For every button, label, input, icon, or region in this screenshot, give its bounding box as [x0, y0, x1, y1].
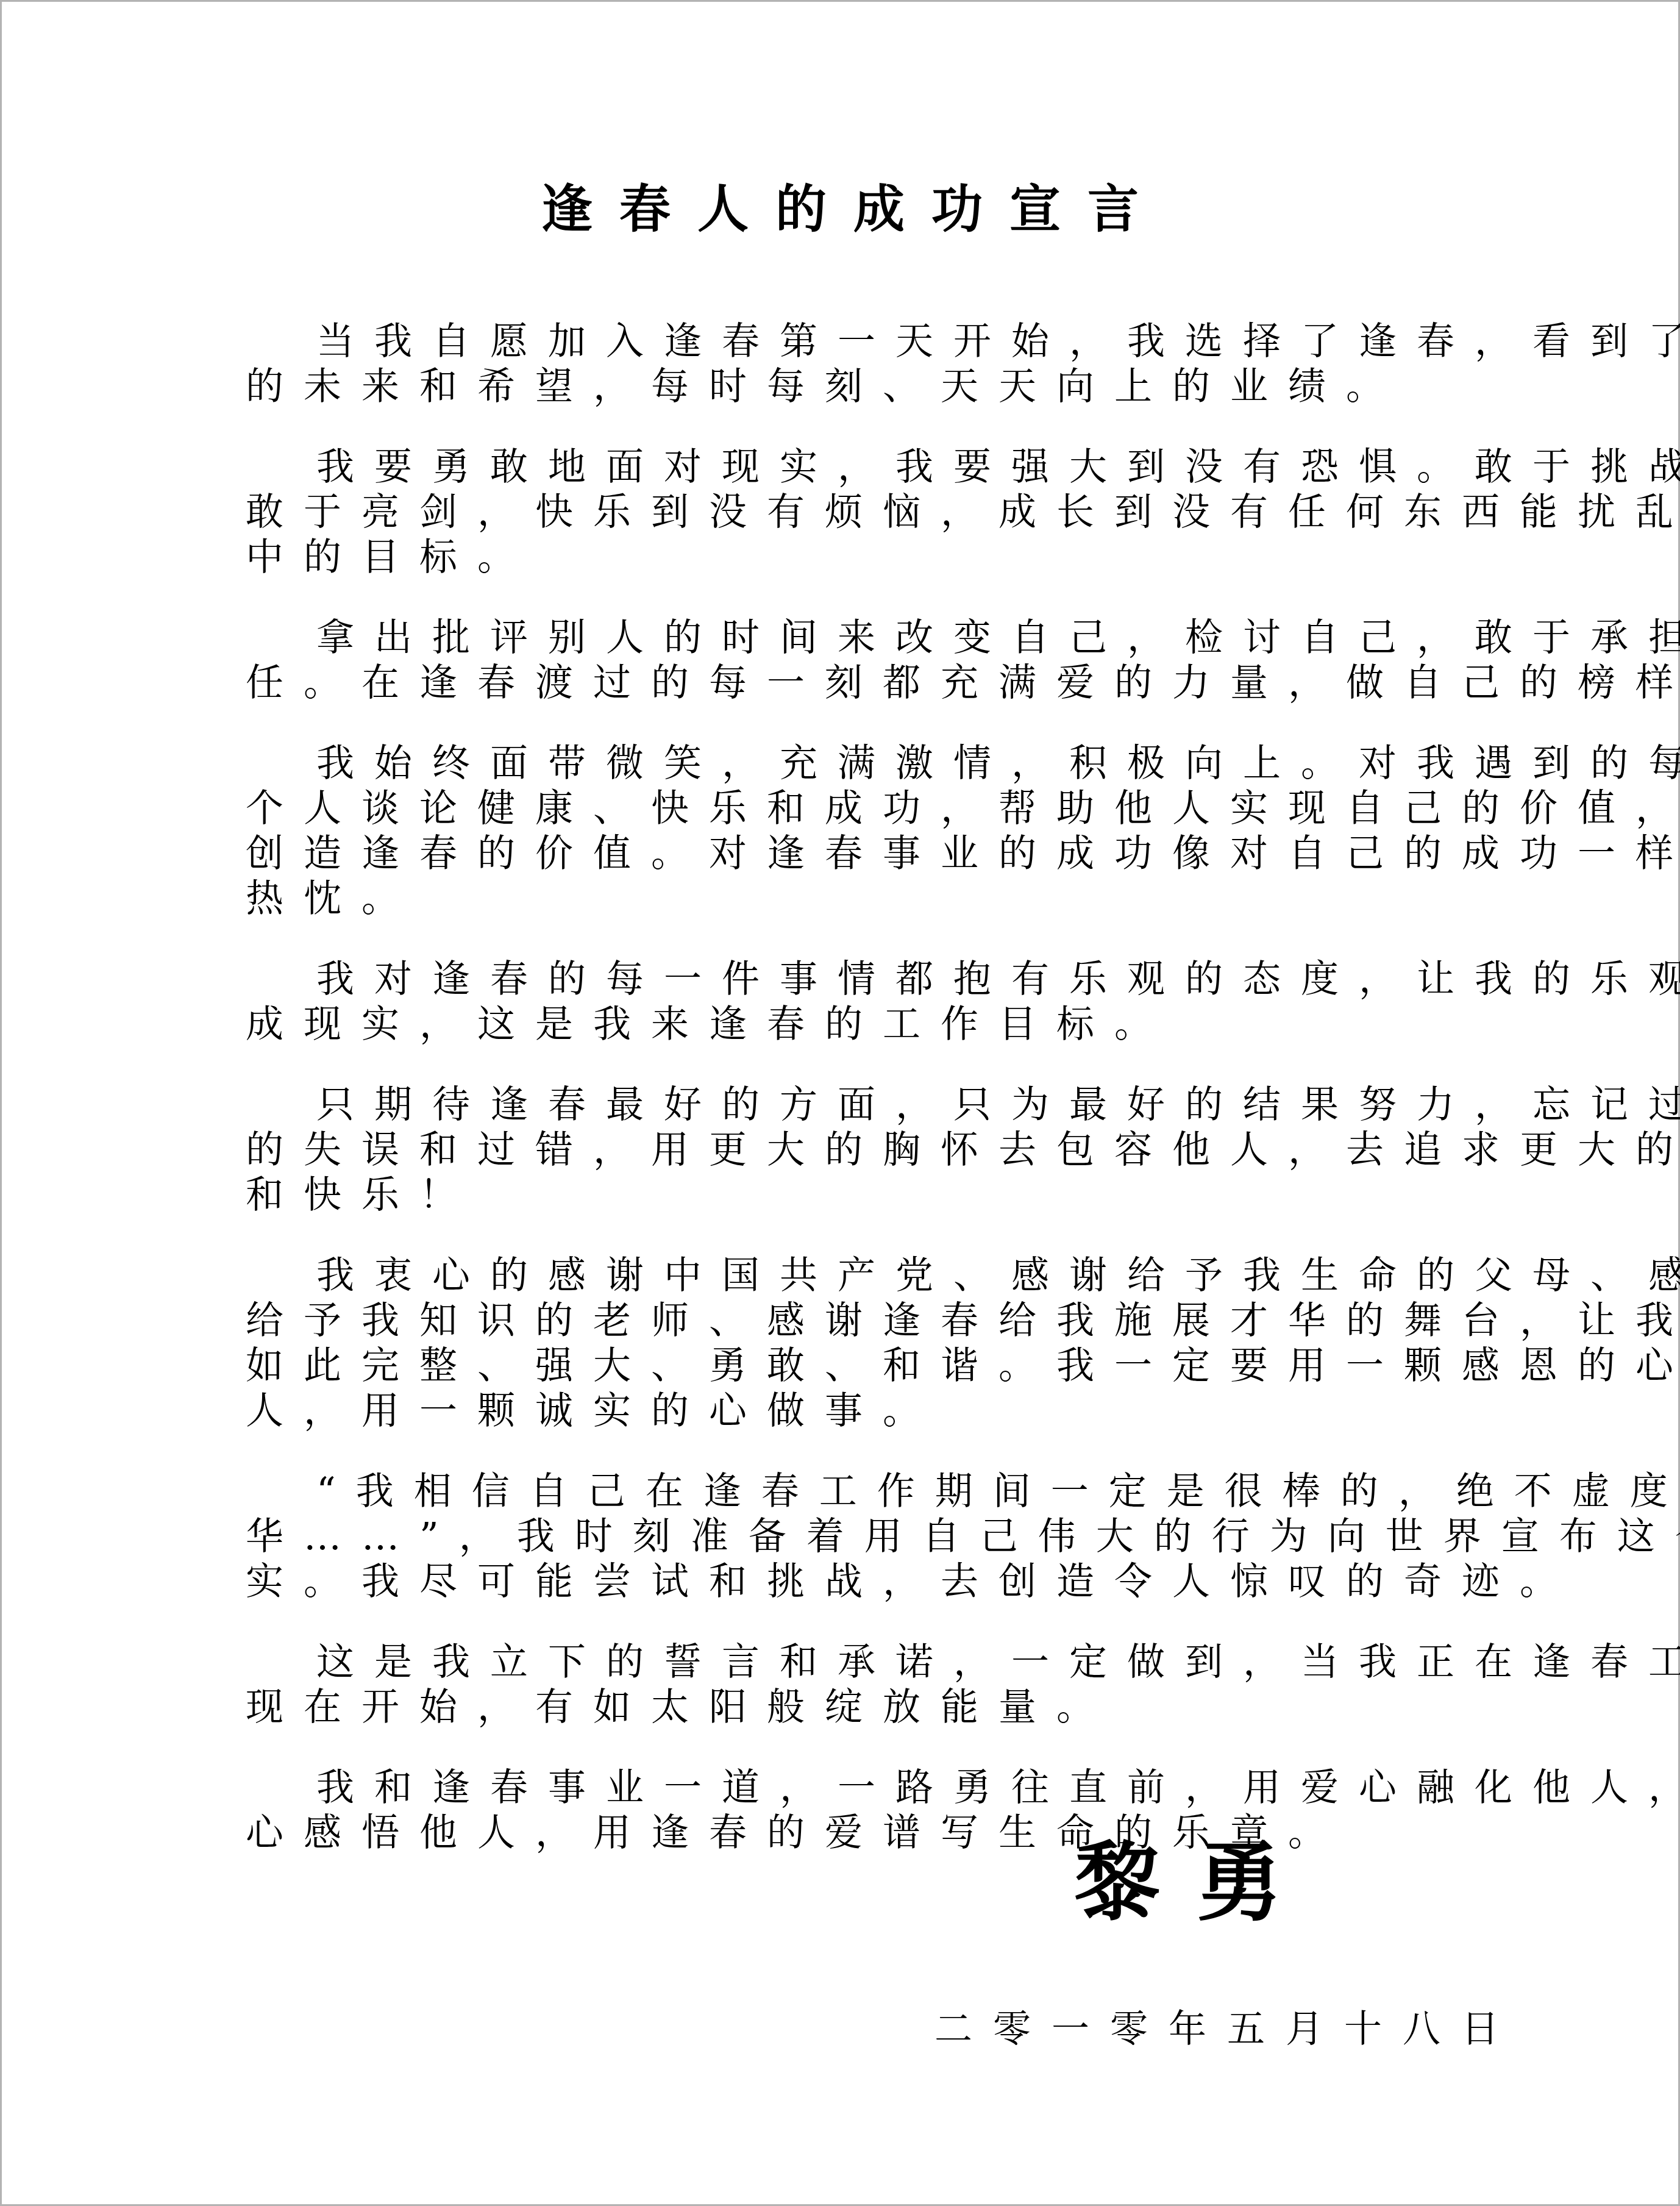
paragraph-line: 的失误和过错，用更大的胸怀去包容他人，去追求更大的成功: [246, 1127, 1392, 1173]
document-body: 当我自愿加入逢春第一天开始，我选择了逢春，看到了逢春 的未来和希望，每时每刻、天…: [246, 319, 1392, 1891]
paragraph-line: 我和逢春事业一道，一路勇往直前，用爱心融化他人，用爱: [246, 1765, 1392, 1810]
paragraph-line: 当我自愿加入逢春第一天开始，我选择了逢春，看到了逢春: [246, 319, 1392, 364]
document-page: 逢春人的成功宣言 当我自愿加入逢春第一天开始，我选择了逢春，看到了逢春 的未来和…: [0, 0, 1680, 2206]
paragraph-line: 中的目标。: [246, 535, 1392, 580]
paragraph-line: 任。在逢春渡过的每一刻都充满爱的力量，做自己的榜样。: [246, 660, 1392, 705]
paragraph-6: 只期待逢春最好的方面，只为最好的结果努力，忘记过去 的失误和过错，用更大的胸怀去…: [246, 1082, 1392, 1218]
paragraph-line: 我对逢春的每一件事情都抱有乐观的态度，让我的乐观变: [246, 957, 1392, 1002]
paragraph-line: 和快乐！: [246, 1173, 1392, 1218]
signature: 黎勇: [1075, 1831, 1319, 1935]
paragraph-9: 这是我立下的誓言和承诺，一定做到，当我正在逢春工作， 现在开始，有如太阳般绽放能…: [246, 1640, 1392, 1730]
paragraph-line: 只期待逢春最好的方面，只为最好的结果努力，忘记过去: [246, 1082, 1392, 1127]
paragraph-line: 的未来和希望，每时每刻、天天向上的业绩。: [246, 364, 1392, 409]
paragraph-line: 拿出批评别人的时间来改变自己，检讨自己，敢于承担责: [246, 615, 1392, 660]
paragraph-line: 实。我尽可能尝试和挑战，去创造令人惊叹的奇迹。: [246, 1559, 1392, 1604]
paragraph-line: 现在开始，有如太阳般绽放能量。: [246, 1685, 1392, 1730]
paragraph-line: 我要勇敢地面对现实，我要强大到没有恐惧。敢于挑战、: [246, 444, 1392, 490]
paragraph-line: 人，用一颗诚实的心做事。: [246, 1388, 1392, 1433]
paragraph-line: 如此完整、强大、勇敢、和谐。我一定要用一颗感恩的心做: [246, 1343, 1392, 1388]
paragraph-1: 当我自愿加入逢春第一天开始，我选择了逢春，看到了逢春 的未来和希望，每时每刻、天…: [246, 319, 1392, 409]
paragraph-7: 我衷心的感谢中国共产党、感谢给予我生命的父母、感谢 给予我知识的老师、感谢逢春给…: [246, 1253, 1392, 1433]
paragraph-3: 拿出批评别人的时间来改变自己，检讨自己，敢于承担责 任。在逢春渡过的每一刻都充满…: [246, 615, 1392, 705]
paragraph-line: “我相信自己在逢春工作期间一定是很棒的，绝不虚度年: [246, 1469, 1392, 1514]
paragraph-2: 我要勇敢地面对现实，我要强大到没有恐惧。敢于挑战、 敢于亮剑，快乐到没有烦恼，成…: [246, 444, 1392, 580]
paragraph-line: 热忱。: [246, 876, 1392, 921]
signature-date: 二零一零年五月十八日: [934, 2005, 1520, 2054]
paragraph-line: 给予我知识的老师、感谢逢春给我施展才华的舞台，让我生命: [246, 1298, 1392, 1343]
paragraph-line: 创造逢春的价值。对逢春事业的成功像对自己的成功一样充满: [246, 831, 1392, 876]
paragraph-4: 我始终面带微笑，充满激情，积极向上。对我遇到的每一 个人谈论健康、快乐和成功，帮…: [246, 741, 1392, 921]
document-title: 逢春人的成功宣言: [2, 179, 1678, 240]
paragraph-line: 敢于亮剑，快乐到没有烦恼，成长到没有任何东西能扰乱我心: [246, 490, 1392, 535]
paragraph-line: 我衷心的感谢中国共产党、感谢给予我生命的父母、感谢: [246, 1253, 1392, 1298]
paragraph-line: 我始终面带微笑，充满激情，积极向上。对我遇到的每一: [246, 741, 1392, 786]
paragraph-8: “我相信自己在逢春工作期间一定是很棒的，绝不虚度年 华……”，我时刻准备着用自己…: [246, 1469, 1392, 1604]
paragraph-line: 华……”，我时刻准备着用自己伟大的行为向世界宣布这个事: [246, 1514, 1392, 1559]
paragraph-line: 这是我立下的誓言和承诺，一定做到，当我正在逢春工作，: [246, 1640, 1392, 1685]
paragraph-5: 我对逢春的每一件事情都抱有乐观的态度，让我的乐观变 成现实，这是我来逢春的工作目…: [246, 957, 1392, 1047]
paragraph-line: 个人谈论健康、快乐和成功，帮助他人实现自己的价值，同时: [246, 786, 1392, 831]
paragraph-line: 成现实，这是我来逢春的工作目标。: [246, 1002, 1392, 1047]
